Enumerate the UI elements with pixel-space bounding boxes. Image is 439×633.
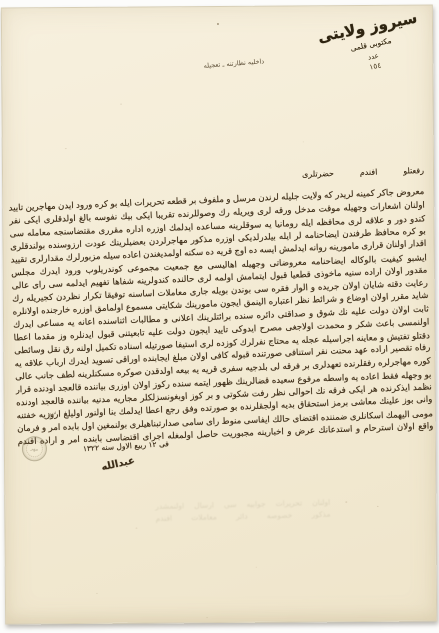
- paper-speck: [377, 506, 378, 507]
- salutation-word: افندم: [360, 168, 378, 178]
- salutation: رفعتلو افندم حضرتلرى: [302, 166, 424, 179]
- scanned-document-page: سيروز ولايتى مكتوبى قلمى عدد ١٥٤ داخليه …: [0, 0, 439, 633]
- paper-speck: [256, 567, 257, 568]
- bleedthrough-text: اولنان تحريرات جوابيه سى ارسال اولنمشدر …: [155, 497, 331, 525]
- paper-speck: [404, 306, 405, 308]
- paper-speck: [29, 248, 30, 249]
- paper-sheet: سيروز ولايتى مكتوبى قلمى عدد ١٥٤ داخليه …: [1, 4, 437, 624]
- annotation-note: داخليه نظارتنه ـ تعجيله: [194, 57, 264, 70]
- paper-speck: [303, 141, 304, 142]
- signature: عبدالله: [100, 455, 136, 473]
- paper-speck: [121, 104, 122, 105]
- paper-speck: [217, 23, 219, 25]
- salutation-word: رفعتلو: [403, 166, 424, 176]
- letterhead: سيروز ولايتى مكتوبى قلمى عدد ١٥٤: [308, 9, 434, 83]
- paper-speck: [345, 501, 347, 503]
- paper-speck: [65, 148, 67, 149]
- body-text: معروض جاكر كمينه لريدر كه ولايت جليله لر…: [8, 187, 433, 450]
- paper-speck: [206, 617, 208, 618]
- salutation-word: حضرتلرى: [302, 169, 334, 179]
- paper-speck: [96, 593, 98, 594]
- official-seal-text: مهر: [25, 439, 44, 458]
- paper-speck: [135, 528, 137, 529]
